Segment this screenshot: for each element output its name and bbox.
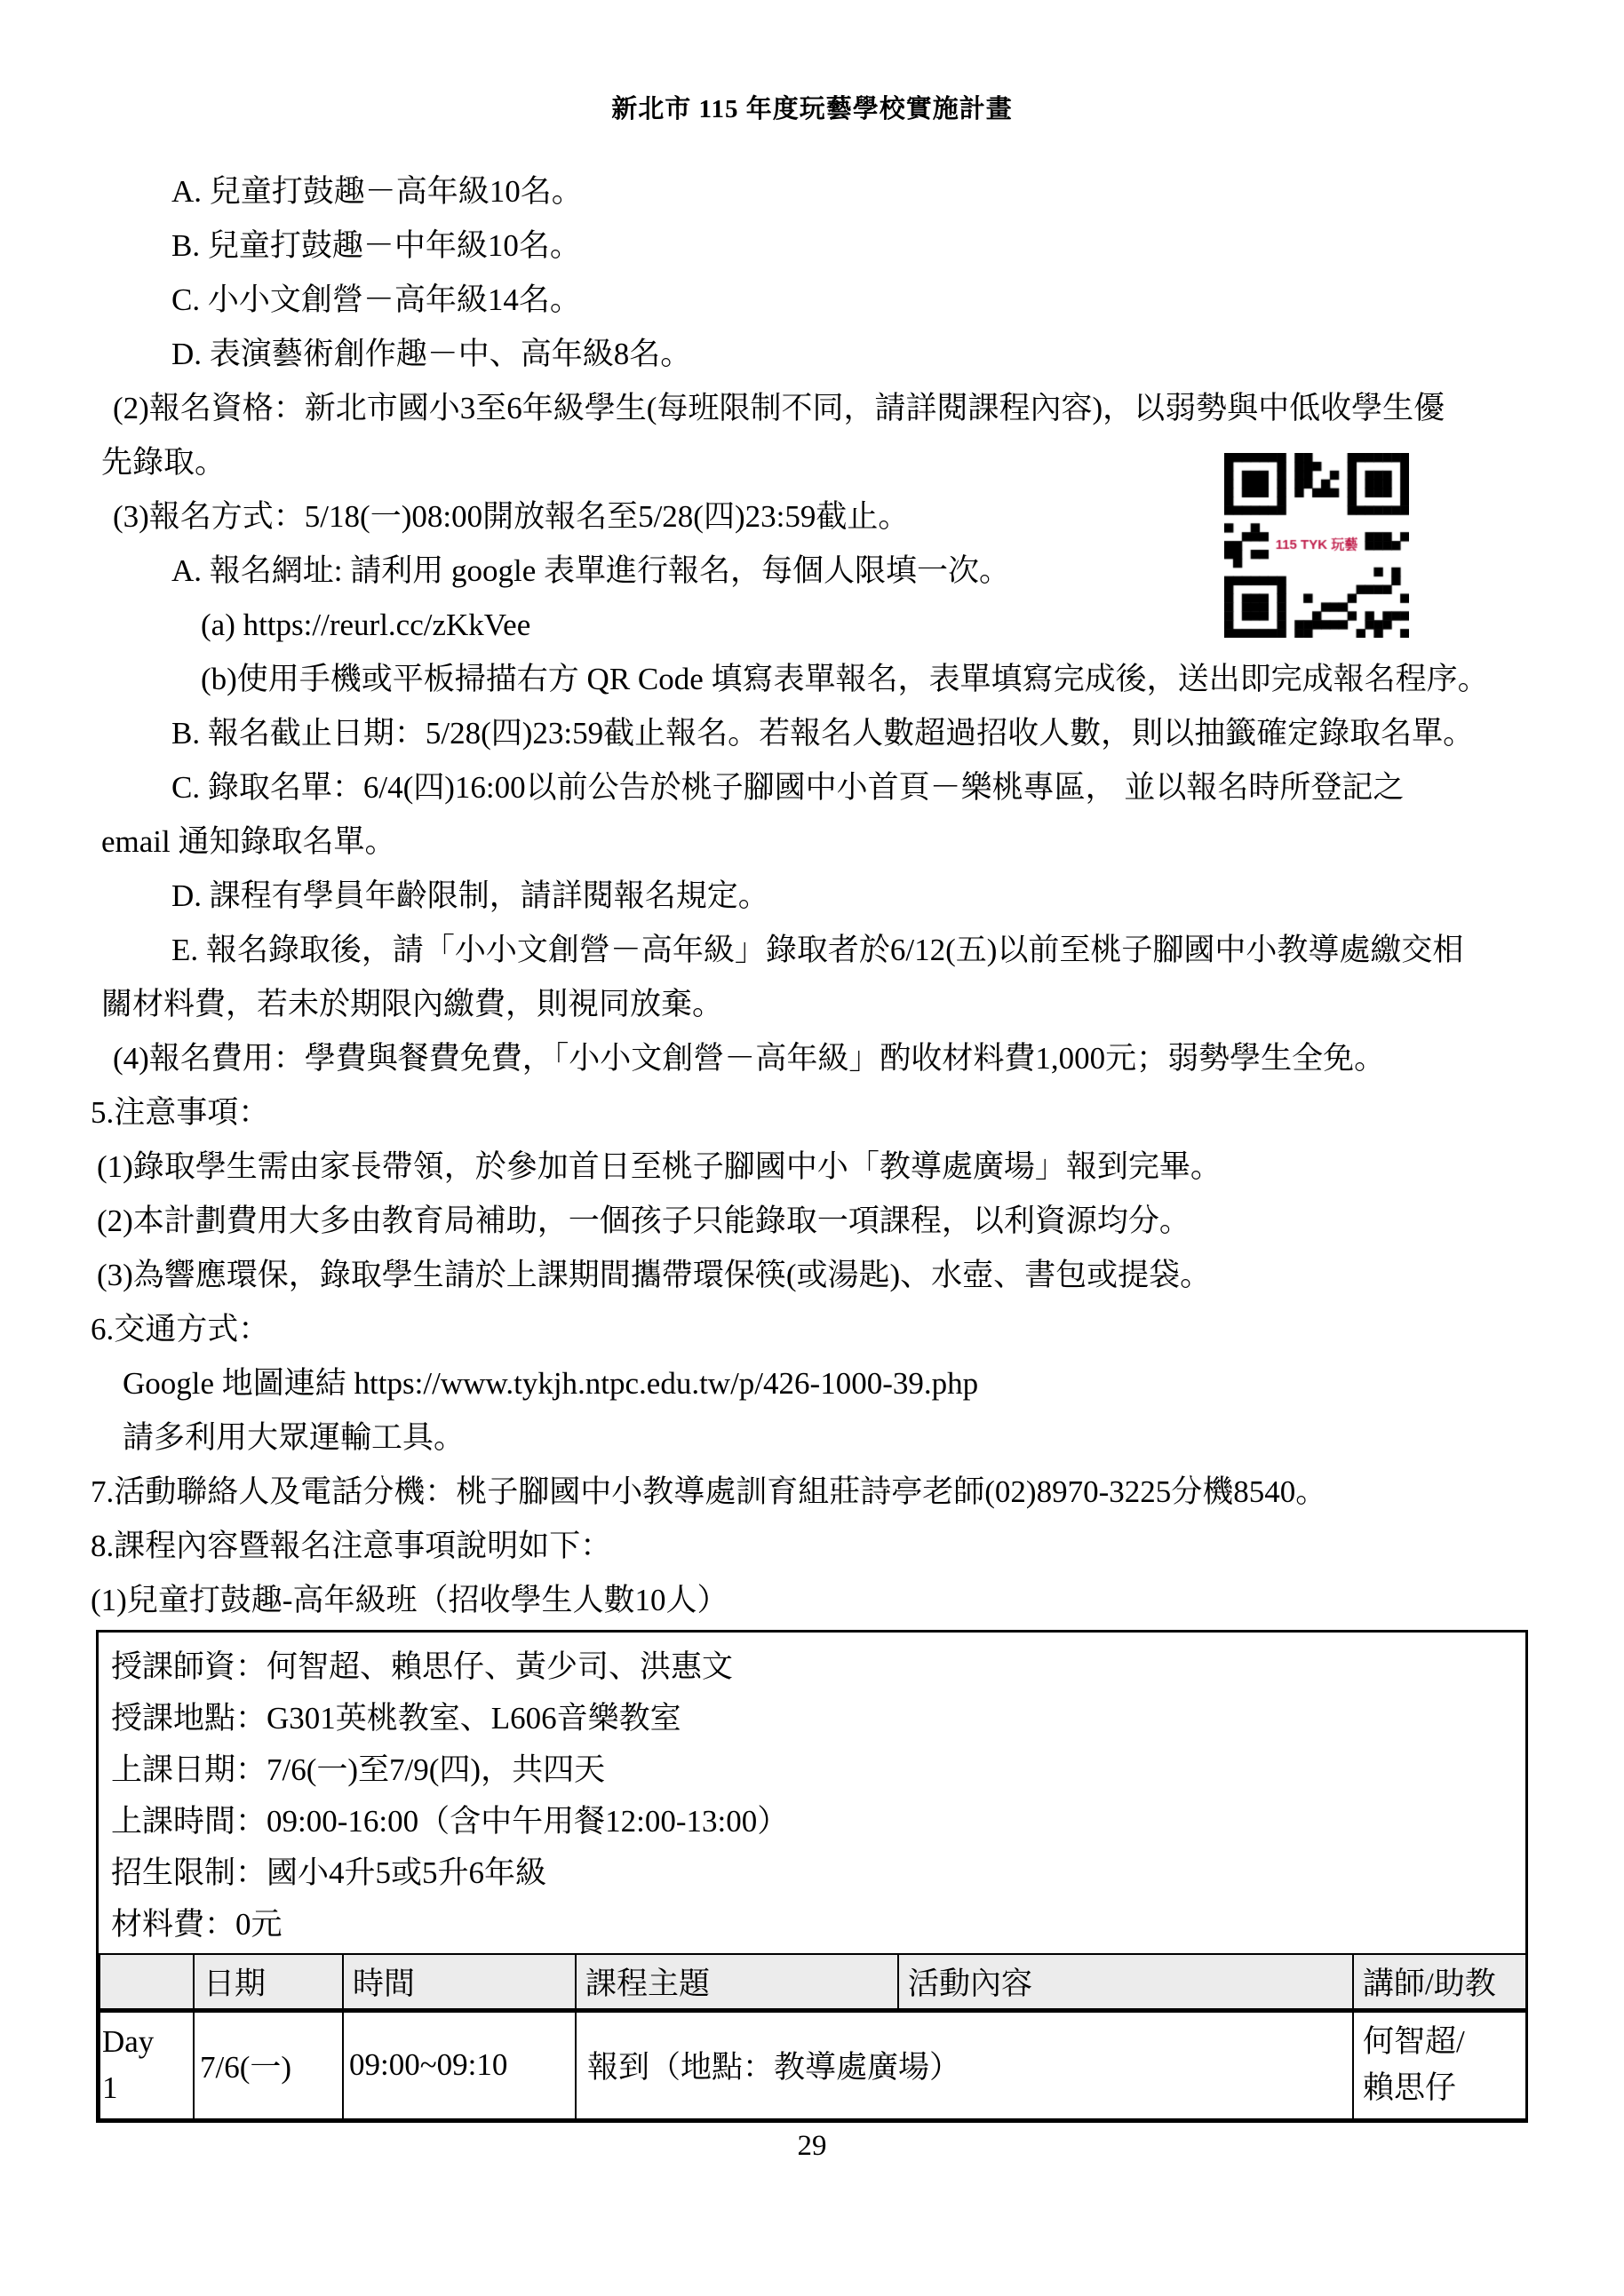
text-line: (2)本計劃費用大多由教育局補助，一個孩子只能錄取一項課程，以利資源均分。 [89,1201,1564,1255]
page-title: 新北市 115 年度玩藝學校實施計畫 [0,89,1624,125]
course-dates: 上課日期：7/6(一)至7/9(四)，共四天 [111,1744,1525,1796]
text-line: C. 小小文創營－高年級14名。 [89,280,1564,334]
course-hours: 上課時間：09:00-16:00（含中午用餐12:00-13:00） [111,1796,1525,1847]
course-info-box: 授課師資：何智超、賴思仔、黃少司、洪惠文 授課地點：G301英桃教室、L606音… [99,1633,1525,1953]
course-info-table: 授課師資：何智超、賴思仔、黃少司、洪惠文 授課地點：G301英桃教室、L606音… [96,1630,1528,2123]
document-page: 新北市 115 年度玩藝學校實施計畫 A. 兒童打鼓趣－高年級10名。B. 兒童… [0,0,1624,2296]
text-line: 7.活動聯絡人及電話分機：桃子腳國中小教導處訓育組莊詩亭老師(02)8970-3… [89,1472,1564,1526]
course-location: 授課地點：G301英桃教室、L606音樂教室 [111,1693,1525,1744]
text-line: C. 錄取名單：6/4(四)16:00以前公告於桃子腳國中小首頁－樂桃專區， 並… [89,767,1564,822]
text-line: E. 報名錄取後，請「小小文創營－高年級」錄取者於6/12(五)以前至桃子腳國中… [89,930,1564,984]
header-instructor: 講師/助教 [1353,1954,1526,2011]
text-line: (1)兒童打鼓趣-高年級班（招收學生人數10人） [89,1580,1564,1634]
course-material-fee: 材料費：0元 [111,1899,1525,1950]
link-text[interactable]: https://www.tykjh.ntpc.edu.tw/p/426-1000… [354,1366,979,1401]
course-eligibility: 招生限制：國小4升5或5升6年級 [111,1847,1525,1899]
header-topic: 課程主題 [576,1954,898,2011]
header-activity: 活動內容 [898,1954,1353,2011]
schedule-header-row: 日期 時間 課程主題 活動內容 講師/助教 [100,1954,1526,2011]
body-text: A. 兒童打鼓趣－高年級10名。B. 兒童打鼓趣－中年級10名。C. 小小文創營… [89,171,1564,1634]
text-line: 6.交通方式： [89,1309,1564,1363]
header-date: 日期 [194,1954,343,2011]
text-line: 請多利用大眾運輸工具。 [89,1418,1564,1472]
text-line: email 通知錄取名單。 [89,822,1564,876]
header-blank [100,1954,194,2011]
text-line: B. 兒童打鼓趣－中年級10名。 [89,226,1564,280]
text-line: D. 表演藝術創作趣－中、高年級8名。 [89,334,1564,388]
text-line: (b)使用手機或平板掃描右方 QR Code 填寫表單報名，表單填寫完成後，送出… [89,659,1564,713]
text-line: 8.課程內容暨報名注意事項說明如下： [89,1526,1564,1580]
text-line: (1)錄取學生需由家長帶領，於參加首日至桃子腳國中小「教導處廣場」報到完畢。 [89,1147,1564,1201]
text-line: D. 課程有學員年齡限制，請詳閱報名規定。 [89,876,1564,930]
header-time: 時間 [343,1954,576,2011]
link-text[interactable]: https://reurl.cc/zKkVee [243,608,531,642]
text-line: B. 報名截止日期：5/28(四)23:59截止報名。若報名人數超過招收人數，則… [89,713,1564,767]
text-line: Google 地圖連結 https://www.tykjh.ntpc.edu.t… [89,1363,1564,1418]
text-line: (4)報名費用：學費與餐費免費，「小小文創營－高年級」酌收材料費1,000元；弱… [89,1038,1564,1092]
table-row: Day 1 7/6(一) 09:00~09:10 報到（地點：教導處廣場） 何智… [100,2011,1526,2119]
cell-day: Day 1 [100,2011,194,2119]
text-line: (3)為響應環保，錄取學生請於上課期間攜帶環保筷(或湯匙)、水壺、書包或提袋。 [89,1255,1564,1309]
text-line: A. 兒童打鼓趣－高年級10名。 [89,171,1564,226]
cell-instructor: 何智超/ 賴思仔 [1353,2011,1526,2119]
qr-code [1224,453,1409,638]
course-teachers: 授課師資：何智超、賴思仔、黃少司、洪惠文 [111,1641,1525,1693]
cell-topic: 報到（地點：教導處廣場） [576,2011,1353,2119]
text-line: 5.注意事項： [89,1092,1564,1147]
page-number: 29 [0,2130,1624,2163]
text-line: (2)報名資格：新北市國小3至6年級學生(每班限制不同，請詳閱課程內容)，以弱勢… [89,388,1564,442]
cell-time: 09:00~09:10 [343,2011,576,2119]
cell-date: 7/6(一) [194,2011,343,2119]
schedule-table: 日期 時間 課程主題 活動內容 講師/助教 Day 1 7/6(一) 09:00… [99,1953,1527,2120]
text-line: 關材料費，若未於期限內繳費，則視同放棄。 [89,984,1564,1038]
